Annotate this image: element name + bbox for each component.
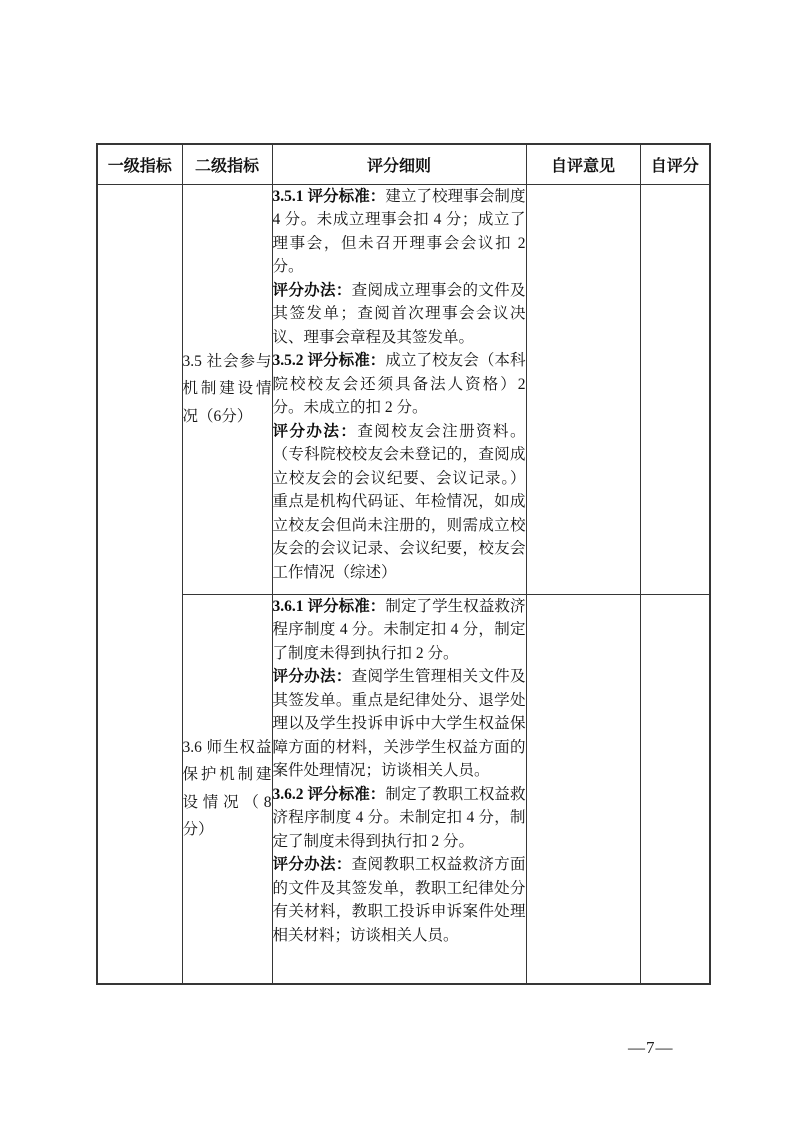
self-opinion-cell-3-6 xyxy=(526,594,640,984)
document-page: 一级指标 二级指标 评分细则 自评意见 自评分 3.5 社会参与机制建设情况（6… xyxy=(0,0,793,1122)
detail-label: 评分办法： xyxy=(273,856,352,873)
detail-paragraph: 3.6.1 评分标准：制定了学生权益救济程序制度 4 分。未制定扣 4 分，制定… xyxy=(273,595,526,666)
level1-indicator-cell xyxy=(97,184,182,984)
page-number: —7— xyxy=(628,1038,674,1058)
detail-paragraph: 3.6.2 评分标准：制定了教职工权益救济程序制度 4 分。未制定扣 4 分，制… xyxy=(273,783,526,854)
detail-label: 评分办法： xyxy=(273,282,352,299)
detail-paragraph: 3.5.2 评分标准：成立了校友会（本科院校校友会还须具备法人资格）2 分。未成… xyxy=(273,349,526,420)
detail-label: 3.6.1 评分标准： xyxy=(273,598,386,615)
detail-body: 查阅校友会注册资料。（专科院校校友会未登记的，查阅成立校友会的会议纪要、会议记录… xyxy=(273,423,526,581)
detail-paragraph: 评分办法：查阅成立理事会的文件及其签发单；查阅首次理事会会议决议、理事会章程及其… xyxy=(273,279,526,350)
detail-paragraph: 评分办法：查阅学生管理相关文件及其签发单。重点是纪律处分、退学处理以及学生投诉申… xyxy=(273,665,526,783)
detail-label: 3.6.2 评分标准： xyxy=(273,786,386,803)
evaluation-rubric-table: 一级指标 二级指标 评分细则 自评意见 自评分 3.5 社会参与机制建设情况（6… xyxy=(96,143,711,985)
header-scoring-rules: 评分细则 xyxy=(272,144,526,184)
table-row-3-5: 3.5 社会参与机制建设情况（6分） 3.5.1 评分标准：建立了校理事会制度 … xyxy=(97,184,710,594)
scoring-rules-cell-3-6: 3.6.1 评分标准：制定了学生权益救济程序制度 4 分。未制定扣 4 分，制定… xyxy=(272,594,526,984)
header-self-opinion: 自评意见 xyxy=(526,144,640,184)
detail-label: 评分办法： xyxy=(273,668,352,685)
table-row-3-6: 3.6 师生权益保护机制建设情况（8分） 3.6.1 评分标准：制定了学生权益救… xyxy=(97,594,710,984)
level2-indicator-cell-3-5: 3.5 社会参与机制建设情况（6分） xyxy=(182,184,272,594)
table-header-row: 一级指标 二级指标 评分细则 自评意见 自评分 xyxy=(97,144,710,184)
level2-indicator-cell-3-6: 3.6 师生权益保护机制建设情况（8分） xyxy=(182,594,272,984)
self-opinion-cell-3-5 xyxy=(526,184,640,594)
detail-label: 3.5.2 评分标准： xyxy=(273,352,386,369)
self-score-cell-3-6 xyxy=(640,594,710,984)
header-level2-indicator: 二级指标 xyxy=(182,144,272,184)
scoring-rules-cell-3-5: 3.5.1 评分标准：建立了校理事会制度 4 分。未成立理事会扣 4 分；成立了… xyxy=(272,184,526,594)
header-self-score: 自评分 xyxy=(640,144,710,184)
level2-indicator-text: 3.5 社会参与机制建设情况（6分） xyxy=(183,348,272,431)
detail-paragraph: 评分办法：查阅校友会注册资料。（专科院校校友会未登记的，查阅成立校友会的会议纪要… xyxy=(273,420,526,585)
level2-indicator-text: 3.6 师生权益保护机制建设情况（8分） xyxy=(183,734,272,844)
detail-paragraph: 评分办法：查阅教职工权益救济方面的文件及其签发单，教职工纪律处分有关材料，教职工… xyxy=(273,853,526,947)
detail-label: 评分办法： xyxy=(273,423,358,440)
detail-paragraph: 3.5.1 评分标准：建立了校理事会制度 4 分。未成立理事会扣 4 分；成立了… xyxy=(273,185,526,279)
self-score-cell-3-5 xyxy=(640,184,710,594)
detail-label: 3.5.1 评分标准： xyxy=(273,188,386,205)
header-level1-indicator: 一级指标 xyxy=(97,144,182,184)
